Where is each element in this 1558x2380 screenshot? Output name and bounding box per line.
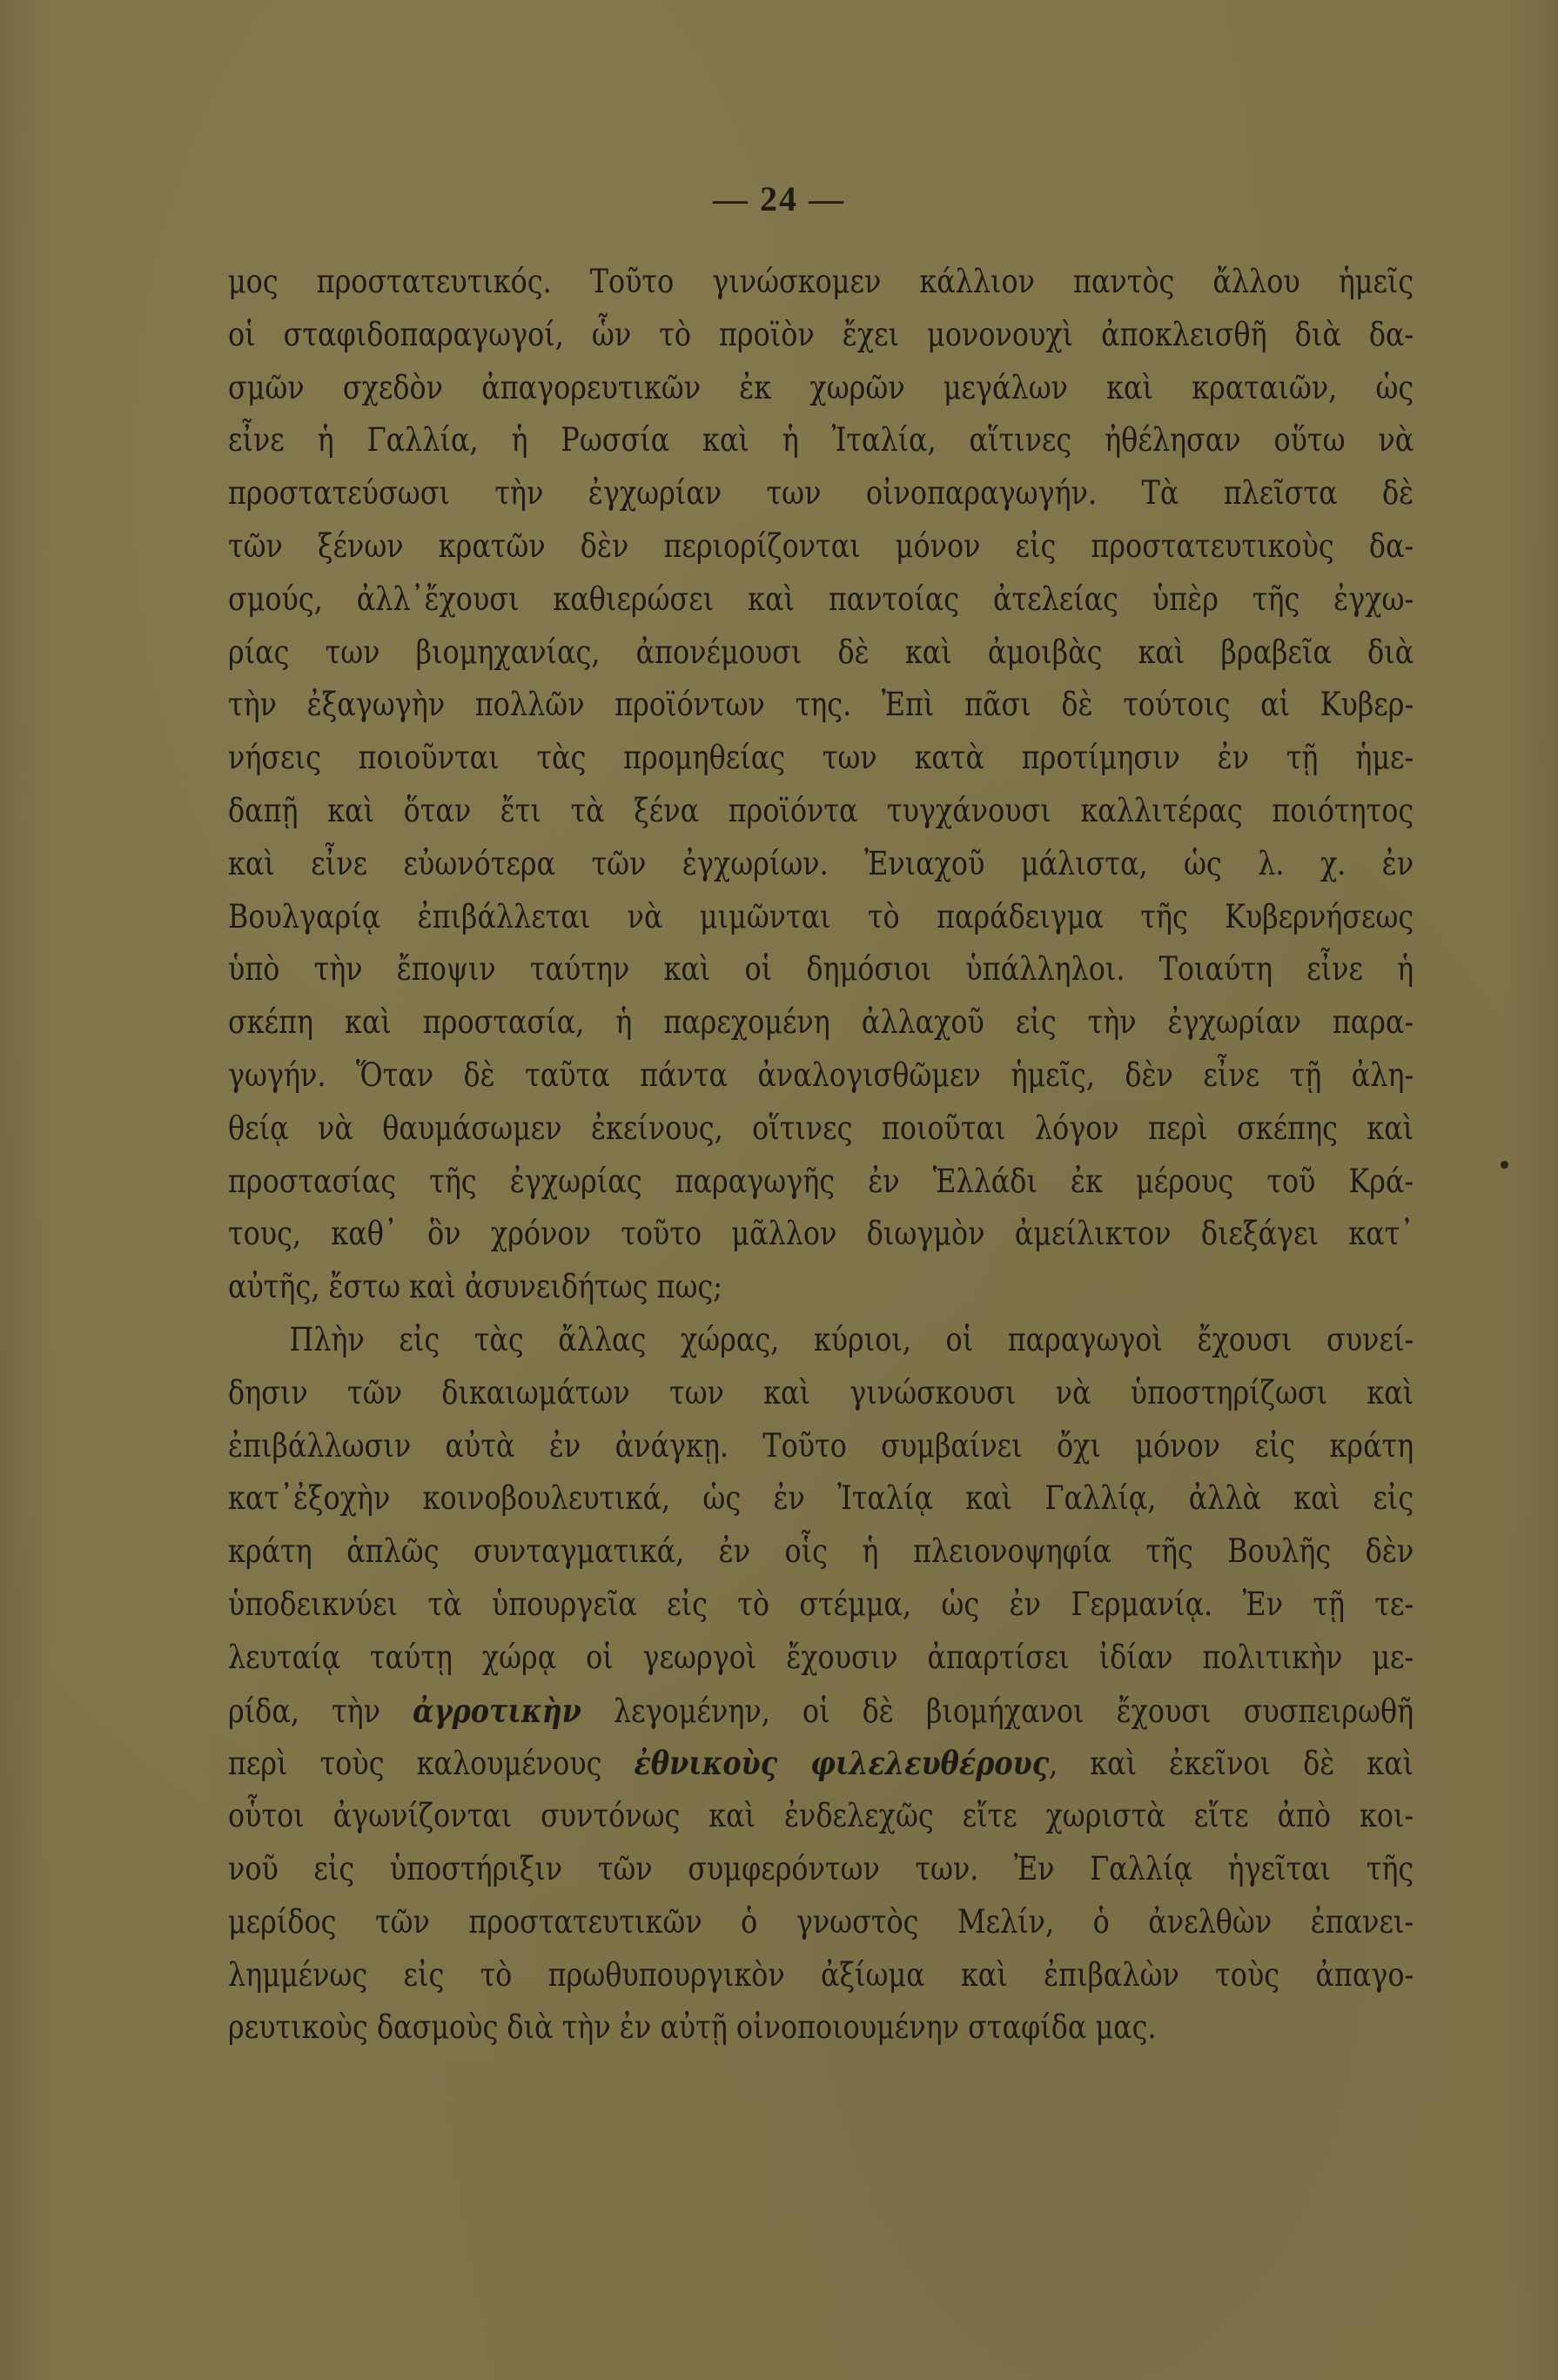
text-line: μερίδος τῶν προστατευτικῶν ὁ γνωστὸς Μελ…	[228, 1896, 1414, 1949]
text-line: νήσεις ποιοῦνται τὰς προμηθείας των κατὰ…	[228, 732, 1414, 785]
text-line: ὑποδεικνύει τὰ ὑπουργεῖα εἰς τὸ στέμμα, …	[228, 1579, 1414, 1632]
text-line: προστατεύσωσι τὴν ἐγχωρίαν των οἰνοπαραγ…	[228, 467, 1414, 520]
text-segment: περὶ τοὺς καλουμένους	[228, 1745, 635, 1782]
text-line: καὶ εἶνε εὐωνότερα τῶν ἐγχωρίων. Ἐνιαχοῦ…	[228, 838, 1414, 891]
text-line: ὑπὸ τὴν ἔποψιν ταύτην καὶ οἱ δημόσιοι ὑπ…	[228, 943, 1414, 996]
text-line: λημμένως εἰς τὸ πρωθυπουργικὸν ἀξίωμα κα…	[228, 1949, 1414, 2002]
ink-speck	[1501, 1161, 1508, 1169]
text-line: οὗτοι ἀγωνίζονται συντόνως καὶ ἐνδελεχῶς…	[228, 1790, 1414, 1843]
text-line: προστασίας τῆς ἐγχωρίας παραγωγῆς ἐν Ἑλλ…	[228, 1156, 1414, 1209]
text-line: δαπῇ καὶ ὅταν ἔτι τὰ ξένα προϊόντα τυγχά…	[228, 785, 1414, 838]
text-line: ἐπιβάλλωσιν αὐτὰ ἐν ἀνάγκῃ. Τοῦτο συμβαί…	[228, 1420, 1414, 1473]
scanned-page: — 24 — μος προστατευτικός. Τοῦτο γινώσκο…	[0, 0, 1558, 2380]
text-segment: ρίδα, τὴν	[228, 1693, 413, 1730]
emphasized-term: ἐθνικοὺς φιλελευθέρους	[635, 1744, 1050, 1782]
text-line: τους, καθ᾿ ὃν χρόνον τοῦτο μᾶλλον διωγμὸ…	[228, 1208, 1414, 1261]
text-line: σμούς, ἀλλ᾿ἔχουσι καθιερώσει καὶ παντοία…	[228, 573, 1414, 627]
text-line: τὴν ἐξαγωγὴν πολλῶν προϊόντων της. Ἐπὶ π…	[228, 679, 1414, 732]
text-line: οἱ σταφιδοπαραγωγοί, ὧν τὸ προϊὸν ἔχει μ…	[228, 309, 1414, 362]
text-line: μος προστατευτικός. Τοῦτο γινώσκομεν κάλ…	[228, 256, 1414, 309]
text-line: νοῦ εἰς ὑποστήριξιν τῶν συμφερόντων των.…	[228, 1843, 1414, 1896]
body-text: μος προστατευτικός. Τοῦτο γινώσκομεν κάλ…	[228, 256, 1414, 2055]
text-line: σκέπη καὶ προστασία, ἡ παρεχομένη ἀλλαχο…	[228, 996, 1414, 1049]
text-line: σμῶν σχεδὸν ἀπαγορευτικῶν ἐκ χωρῶν μεγάλ…	[228, 362, 1414, 415]
text-line: ρίδα, τὴν ἀγροτικὴν λεγομένην, οἱ δὲ βιο…	[228, 1685, 1414, 1738]
text-line: Πλὴν εἰς τὰς ἄλλας χώρας, κύριοι, οἱ παρ…	[228, 1314, 1414, 1367]
text-line: λευταίᾳ ταύτῃ χώρᾳ οἱ γεωργοὶ ἔχουσιν ἀπ…	[228, 1632, 1414, 1685]
text-line: θείᾳ νὰ θαυμάσωμεν ἐκείνους, οἵτινες ποι…	[228, 1103, 1414, 1156]
text-segment: λεγομένην, οἱ δὲ βιομήχανοι ἔχουσι συσπε…	[581, 1693, 1414, 1730]
text-line: γωγήν. Ὅταν δὲ ταῦτα πάντα ἀναλογισθῶμεν…	[228, 1049, 1414, 1103]
text-line: ρίας των βιομηχανίας, ἀπονέμουσι δὲ καὶ …	[228, 627, 1414, 680]
emphasized-term: ἀγροτικὴν	[413, 1692, 581, 1730]
text-line: τῶν ξένων κρατῶν δὲν περιορίζονται μόνον…	[228, 520, 1414, 573]
text-line: εἶνε ἡ Γαλλία, ἡ Ρωσσία καὶ ἡ Ἰταλία, αἵ…	[228, 414, 1414, 467]
text-line: Βουλγαρίᾳ ἐπιβάλλεται νὰ μιμῶνται τὸ παρ…	[228, 891, 1414, 944]
text-line: κράτη ἁπλῶς συνταγματικά, ἐν οἷς ἡ πλειο…	[228, 1525, 1414, 1579]
text-line: κατ᾿ἐξοχὴν κοινοβουλευτικά, ὡς ἐν Ἰταλίᾳ…	[228, 1472, 1414, 1525]
text-line: ρευτικοὺς δασμοὺς διὰ τὴν ἐν αὐτῇ οἰνοπο…	[228, 2001, 1414, 2055]
text-line: περὶ τοὺς καλουμένους ἐθνικοὺς φιλελευθέ…	[228, 1737, 1414, 1790]
text-line: αὐτῆς, ἔστω καὶ ἀσυνειδήτως πως;	[228, 1261, 1414, 1314]
text-line: δησιν τῶν δικαιωμάτων των καὶ γινώσκουσι…	[228, 1367, 1414, 1420]
text-segment: , καὶ ἐκεῖνοι δὲ καὶ	[1049, 1745, 1414, 1782]
page-number: — 24 —	[0, 178, 1558, 219]
